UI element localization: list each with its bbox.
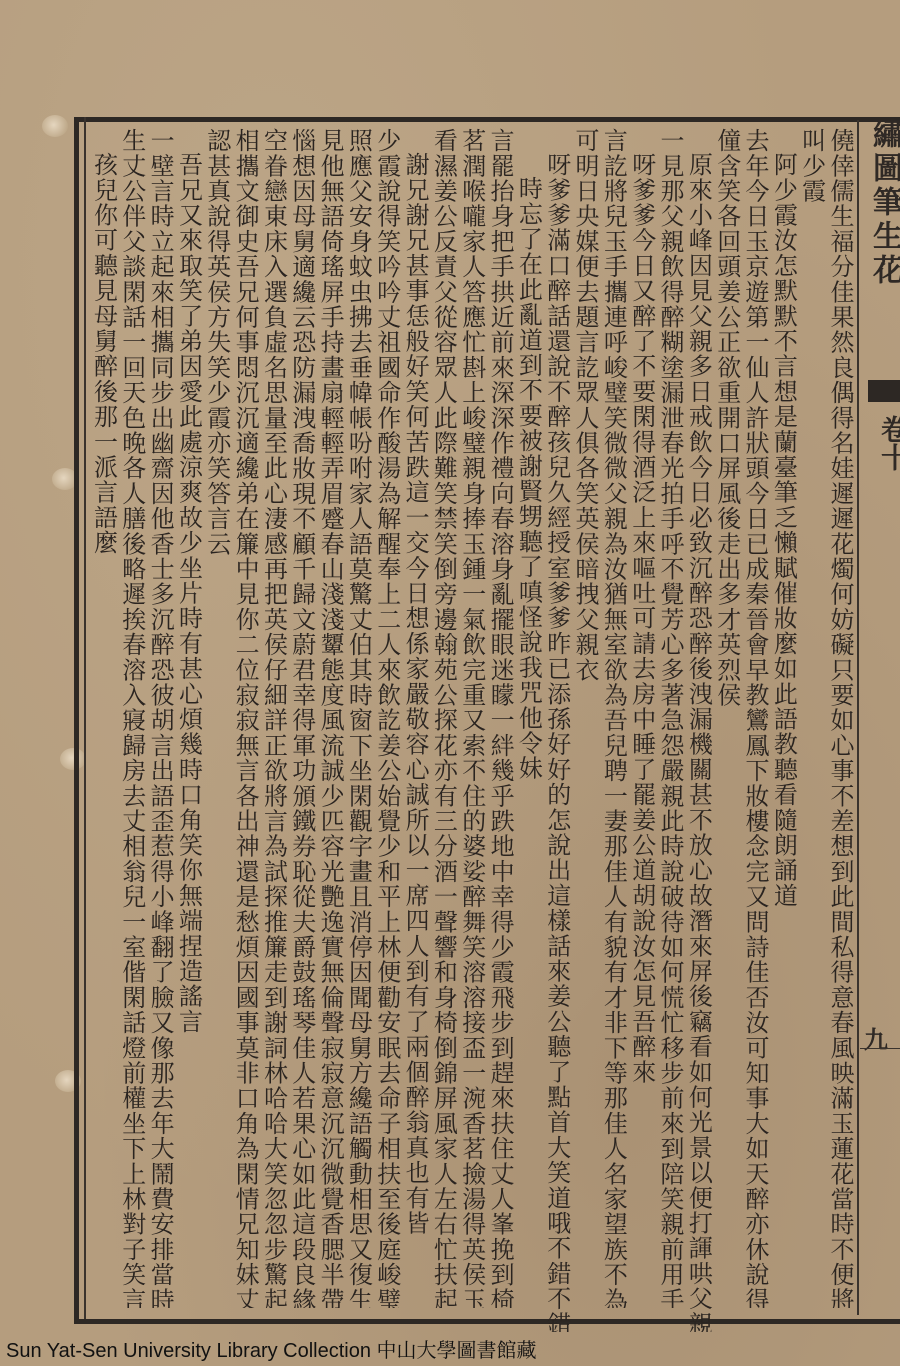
text-column: 可明日央媒便去題言訖眾人俱各笑英侯暗拽父親衣 <box>572 128 600 1308</box>
text-column: 時忘了在此亂道到不要被謝賢甥聽了嗔怪說我咒他令妹 <box>515 128 543 1356</box>
main-text-body: 僥倖儒生福分佳果然良偶得名娃遲遲花燭何妨礙只要如心事不差想到此間私得意春風映滿玉… <box>90 128 855 1308</box>
text-column: 一壁言時立起來相攜同步出幽齋因他香士多沉醉恐彼胡言出語歪惹得小峰翻了臉又像那去年… <box>147 128 175 1308</box>
banxin-title-strip: 繡圖筆生花 <box>868 118 900 1314</box>
text-column: 相攜文御史吾兄何事悶沉沉適纔弟在簾中見你二位寂寂無言各出神還是愁煩因國事莫非口角… <box>232 128 260 1308</box>
text-column: 惱想因母舅適纔云恐防漏洩喬妝現不顧千歸文蔚君幸得軍功頒鐵券恥從夫爵鼓瑤琴佳人若果… <box>288 128 316 1308</box>
binding-hole <box>42 115 68 137</box>
text-column: 言訖將兒玉手攜連呼峻璧笑微微父親為汝猶無室欲為吾兒聘一妻那佳人有貌有才非下等那佳… <box>600 128 628 1308</box>
text-column: 少霞說得笑吟吟丈祖國命作酸湯為解醒奉上二人來飲訖姜公始覺少和平上林便勸安眠去命子… <box>373 128 401 1308</box>
text-column: 叫少霞 <box>798 128 826 1308</box>
inner-border-line <box>84 117 86 1319</box>
text-column: 原來小峰因見父親多日戒飲今日必致沉醉恐醉後洩漏機關甚不放心故潛來屏後竊看如何光景… <box>685 128 713 1332</box>
text-column: 僮含笑各回頭姜公正欲重開口屏風後走出多才英烈侯 <box>713 128 741 1308</box>
text-column: 僥倖儒生福分佳果然良偶得名娃遲遲花燭何妨礙只要如心事不差想到此間私得意春風映滿玉… <box>827 128 855 1308</box>
text-column: 認甚真說得英侯方失笑少霞亦笑答言云 <box>203 128 231 1308</box>
text-column: 見他無語倚瑤屏手持畫扇輕輕弄眉蹙春山淺淺顰態度風流誠少匹容光艷逸實無倫聲寂寂意沉… <box>317 128 345 1308</box>
text-column: 呀爹爹今日又醉了不要閑得酒泛上來嘔吐可請去房中睡了罷姜公道胡說汝怎見吾醉來 <box>628 128 656 1332</box>
fish-tail-mark <box>868 380 900 402</box>
text-column: 阿少霞汝怎默默不言想是蘭臺筆乏懶賦催妝麼如此語教聽看隨朗誦道 <box>770 128 798 1332</box>
collection-name-en: Sun Yat-Sen University Library Collectio… <box>6 1340 377 1362</box>
page-number: 九 <box>864 1020 888 1055</box>
page-number-rule <box>860 1048 900 1049</box>
text-column: 照應父安身蚊虫拂去垂幃帳吩咐家人語莫驚丈伯其時窗下坐閑觀字畫且消停因聞母舅方纔語… <box>345 128 373 1308</box>
text-column: 謝兄謝兄甚事恁般好笑何苦跌這一交今日想係家嚴敬容心誠所以一席四人到有了兩個醉翁真… <box>402 128 430 1332</box>
text-column: 言罷抬身把手拱近前來深深作禮向春溶身亂擺眼迷矇一絆幾乎跌地中幸得少霞飛步到趕來扶… <box>487 128 515 1308</box>
volume-label: 卷十 <box>873 415 900 471</box>
text-column: 空眷戀東床入選負虛名思量至此心淒感再把英侯仔細詳正欲將言為試探推簾走到謝詞林哈哈… <box>260 128 288 1308</box>
collection-watermark: Sun Yat-Sen University Library Collectio… <box>6 1334 537 1363</box>
text-column: 呀爹爹滿口醉話還說不醉孩兒久經授室爹爹昨已添孫好好的怎說出這樣話來姜公聽了點首大… <box>543 128 571 1332</box>
text-column: 一見那父親飲得醉糊塗漏泄春光拍手呼不覺芳心多著急怨嚴親此時說破待如何慌忙移步前來… <box>657 128 685 1308</box>
collection-name-zh: 中山大學圖書館藏 <box>377 1338 537 1362</box>
title-margin-rule <box>857 120 859 1315</box>
text-column: 生丈公伴父談閑話一回天色晚各人膳後略遲挨春溶入寢歸房去丈相翁兒一室偕閑話燈前權坐… <box>118 128 146 1308</box>
text-column: 去年今日玉京遊第一仙人許狀頭今日已成秦晉會早教鸞鳳下妝樓念完又問詩佳否汝可知事大… <box>742 128 770 1308</box>
text-column: 吾兄又來取笑了弟因愛此處涼爽故少坐片時有甚心煩幾時口角笑你無端捏造謠言 <box>175 128 203 1332</box>
text-column: 看濕姜公反責父從容眾人此際難笑禁笑倒旁邊翰苑公探花亦有三分酒一聲響和身椅倒錦屏風… <box>430 128 458 1308</box>
text-column: 茗潤喉嚨家人答應忙斟上峻璧親身捧玉鍾一氣飲完重又索不住的婆娑醉舞笑溶溶接盃一涴香… <box>458 128 486 1308</box>
book-title: 繡圖筆生花 <box>868 118 900 288</box>
text-column: 孩兒你可聽見母舅醉後那一派言語麼 <box>90 128 118 1332</box>
book-page: 繡圖筆生花 卷十 九 僥倖儒生福分佳果然良偶得名娃遲遲花燭何妨礙只要如心事不差想… <box>0 0 900 1366</box>
